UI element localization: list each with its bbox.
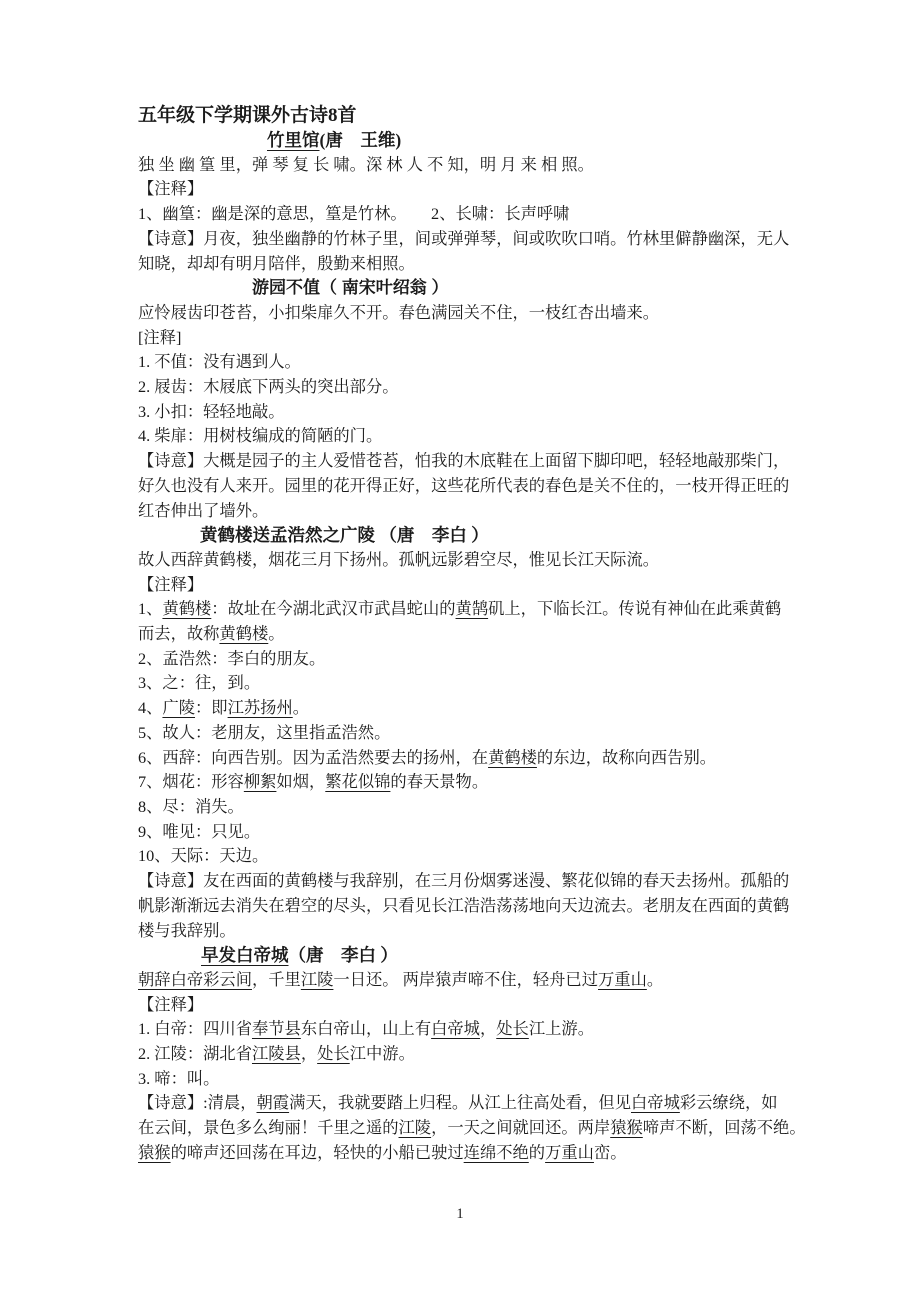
text-segment: 而去，故称 [138,624,219,643]
text-segment: 【诗意】月夜，独坐幽静的竹林子里，间或弹弹琴，间或吹吹口哨。竹林里僻静幽深，无人 [138,229,789,248]
text-segment: 3. 啼：叫。 [138,1069,219,1088]
text-segment: 一日还。 两岸猿声啼不住，轻舟已过 [333,970,598,989]
text-segment: 好久也没有人来开。园里的花开得正好，这些花所代表的春色是关不住的，一枝开得正旺的 [138,476,789,495]
note-item: 3. 啼：叫。 [138,1067,798,1092]
notes-label: [注释] [138,326,798,351]
text-segment: 啼声不断，回荡不绝。 [643,1118,806,1137]
poem-verse-line: 朝辞白帝彩云间，千里江陵一日还。 两岸猿声啼不住，轻舟已过万重山。 [138,968,798,993]
text-segment: 1. 不值：没有遇到人。 [138,352,301,371]
note-item: 2. 屐齿：木屐底下两头的突出部分。 [138,375,798,400]
text-segment: 9、唯见：只见。 [138,822,260,841]
meaning-line: 楼与我辞别。 [138,919,798,944]
underlined-text: 朝霞 [257,1093,290,1112]
underlined-text: 黄鹤楼 [488,748,537,767]
underlined-text: 江陵县 [252,1044,301,1063]
text-segment: 彩云缭绕，如 [680,1093,778,1112]
underlined-text: 奉节县 [252,1019,301,1038]
document-content: 五年级下学期课外古诗8首 竹里馆(唐 王维) 独 坐 幽 篁 里，弹 琴 复 长… [138,103,798,1166]
underlined-text: 黄鹄 [456,599,489,618]
text-segment: 的啼声还回荡在耳边，轻快的小船已驶过 [171,1143,464,1162]
text-segment: 2. 江陵：湖北省 [138,1044,252,1063]
section-zaofabaidicheng: 早发白帝城（唐 李白 ） 朝辞白帝彩云间，千里江陵一日还。 两岸猿声啼不住，轻舟… [138,943,798,1165]
text-segment: 在云间，景色多么绚丽！千里之遥的 [138,1118,399,1137]
text-segment: 的东边，故称向西告别。 [537,748,716,767]
text-segment: 5、故人：老朋友，这里指孟浩然。 [138,723,390,742]
text-segment: 故人西辞黄鹤楼，烟花三月下扬州。孤帆远影碧空尽，惟见长江天际流。 [138,550,659,569]
note-item: 1、幽篁：幽是深的意思，篁是竹林。 2、长啸：长声呼啸 [138,202,798,227]
underlined-text: 江陵 [399,1118,432,1137]
meaning-line: 【诗意】:清晨，朝霞满天，我就要踏上归程。从江上往高处看，但见白帝城彩云缭绕，如 [138,1091,798,1116]
note-item: 1. 不值：没有遇到人。 [138,350,798,375]
text-segment: 4、 [138,698,162,717]
poem-heading: 早发白帝城（唐 李白 ） [138,943,798,968]
text-segment: 【诗意】:清晨， [138,1093,257,1112]
underlined-text: 处长 [317,1044,350,1063]
note-item: 5、故人：老朋友，这里指孟浩然。 [138,721,798,746]
note-item: 4. 柴扉：用树枝编成的简陋的门。 [138,424,798,449]
underlined-text: 朝辞白帝彩云间 [138,970,252,989]
text-segment: 【诗意】友在西面的黄鹤楼与我辞别，在三月份烟雾迷漫、繁花似锦的春天去扬州。孤船的 [138,871,789,890]
text-segment: 【注释】 [138,179,203,198]
underlined-text: 竹里馆 [267,130,320,150]
text-segment: 黄鹤楼送孟浩然之广陵 （唐 李白 ） [200,525,489,545]
text-segment: 江上游。 [529,1019,594,1038]
poem-verse-line: 应怜屐齿印苍苔，小扣柴扉久不开。春色满园关不住，一枝红杏出墙来。 [138,301,798,326]
meaning-line: 【诗意】月夜，独坐幽静的竹林子里，间或弹弹琴，间或吹吹口哨。竹林里僻静幽深，无人 [138,227,798,252]
underlined-text: 江陵 [301,970,334,989]
text-segment: 独 坐 幽 篁 里，弹 琴 复 长 啸。深 林 人 不 知，明 月 来 相 照。 [138,155,594,174]
underlined-text: 繁花似锦 [325,772,390,791]
text-segment: 。 [647,970,663,989]
poem-heading: 黄鹤楼送孟浩然之广陵 （唐 李白 ） [138,523,798,548]
note-item: 2. 江陵：湖北省江陵县，处长江中游。 [138,1042,798,1067]
note-item: 10、天际：天边。 [138,844,798,869]
meaning-line: 在云间，景色多么绚丽！千里之遥的江陵，一天之间就回还。两岸猿猴啼声不断，回荡不绝… [138,1116,798,1141]
text-segment: 峦。 [594,1143,627,1162]
text-segment: 如烟， [276,772,325,791]
text-segment: 1、幽篁：幽是深的意思，篁是竹林。 2、长啸：长声呼啸 [138,204,569,223]
meaning-line: 【诗意】大概是园子的主人爱惜苍苔，怕我的木底鞋在上面留下脚印吧，轻轻地敲那柴门， [138,449,798,474]
text-segment: 。 [293,698,309,717]
text-segment: ， [480,1019,496,1038]
underlined-text: 柳絮 [244,772,277,791]
page-number: 1 [0,1204,920,1224]
text-segment: 应怜屐齿印苍苔，小扣柴扉久不开。春色满园关不住，一枝红杏出墙来。 [138,303,659,322]
text-segment: 6、西辞：向西告别。因为孟浩然要去的扬州，在 [138,748,488,767]
note-item: 3、之：往，到。 [138,671,798,696]
note-item: 1、黄鹤楼：故址在今湖北武汉市武昌蛇山的黄鹄矶上，下临长江。传说有神仙在此乘黄鹤 [138,597,798,622]
note-item: 6、西辞：向西告别。因为孟浩然要去的扬州，在黄鹤楼的东边，故称向西告别。 [138,746,798,771]
meaning-line: 红杏伸出了墙外。 [138,499,798,524]
underlined-text: 猿猴 [138,1143,171,1162]
text-segment: 的春天景物。 [390,772,488,791]
poem-heading: 竹里馆(唐 王维) [138,128,798,153]
underlined-text: 万重山 [545,1143,594,1162]
section-zhuliguan: 竹里馆(唐 王维) 独 坐 幽 篁 里，弹 琴 复 长 啸。深 林 人 不 知，… [138,128,798,276]
meaning-line: 帆影渐渐远去消失在碧空的尽头，只看见长江浩浩荡荡地向天边流去。老朋友在西面的黄鹤 [138,894,798,919]
poem-verse-line: 独 坐 幽 篁 里，弹 琴 复 长 啸。深 林 人 不 知，明 月 来 相 照。 [138,153,798,178]
text-segment: ：故址在今湖北武汉市武昌蛇山的 [211,599,455,618]
text-segment: 8、尽：消失。 [138,797,244,816]
underlined-text: 广陵 [162,698,195,717]
text-segment: 江中游。 [350,1044,415,1063]
text-segment: 4. 柴扉：用树枝编成的简陋的门。 [138,426,382,445]
underlined-text: 黄鹤楼 [162,599,211,618]
poem-heading: 游园不值（ 南宋叶绍翁 ） [138,276,798,301]
note-item: 8、尽：消失。 [138,795,798,820]
notes-label: 【注释】 [138,573,798,598]
section-youyuanbuzhi: 游园不值（ 南宋叶绍翁 ） 应怜屐齿印苍苔，小扣柴扉久不开。春色满园关不住，一枝… [138,276,798,523]
text-segment: 的 [529,1143,545,1162]
text-segment: （唐 李白 ） [289,945,398,965]
note-item: 1. 白帝：四川省奉节县东白帝山，山上有白帝城，处长江上游。 [138,1017,798,1042]
text-segment: 帆影渐渐远去消失在碧空的尽头，只看见长江浩浩荡荡地向天边流去。老朋友在西面的黄鹤 [138,896,789,915]
text-segment: 矶上，下临长江。传说有神仙在此乘黄鹤 [488,599,781,618]
meaning-line: 【诗意】友在西面的黄鹤楼与我辞别，在三月份烟雾迷漫、繁花似锦的春天去扬州。孤船的 [138,869,798,894]
text-segment: 10、天际：天边。 [138,846,268,865]
text-segment: 。 [268,624,284,643]
meaning-line: 好久也没有人来开。园里的花开得正好，这些花所代表的春色是关不住的，一枝开得正旺的 [138,474,798,499]
text-segment: 3、之：往，到。 [138,673,260,692]
section-huanghelou: 黄鹤楼送孟浩然之广陵 （唐 李白 ） 故人西辞黄鹤楼，烟花三月下扬州。孤帆远影碧… [138,523,798,943]
text-segment: ，千里 [252,970,301,989]
note-item: 4、广陵：即江苏扬州。 [138,696,798,721]
text-segment: 【注释】 [138,575,203,594]
poem-verse-line: 故人西辞黄鹤楼，烟花三月下扬州。孤帆远影碧空尽，惟见长江天际流。 [138,548,798,573]
note-item: 2、孟浩然：李白的朋友。 [138,647,798,672]
text-segment: ，一天之间就回还。两岸 [431,1118,610,1137]
underlined-text: 万重山 [598,970,647,989]
note-item: 3. 小扣：轻轻地敲。 [138,400,798,425]
text-segment: 1、 [138,599,162,618]
text-segment: 【注释】 [138,995,203,1014]
underlined-text: 猿猴 [610,1118,643,1137]
note-item: 7、烟花：形容柳絮如烟，繁花似锦的春天景物。 [138,770,798,795]
note-item: 而去，故称黄鹤楼。 [138,622,798,647]
underlined-text: 连绵不绝 [464,1143,529,1162]
meaning-line: 猿猴的啼声还回荡在耳边，轻快的小船已驶过连绵不绝的万重山峦。 [138,1141,798,1166]
text-segment: 3. 小扣：轻轻地敲。 [138,402,285,421]
text-segment: 2. 屐齿：木屐底下两头的突出部分。 [138,377,399,396]
underlined-text: 白帝城 [631,1093,680,1112]
underlined-text: 白帝城 [431,1019,480,1038]
text-segment: 红杏伸出了墙外。 [138,501,268,520]
notes-label: 【注释】 [138,993,798,1018]
note-item: 9、唯见：只见。 [138,820,798,845]
notes-label: 【注释】 [138,177,798,202]
text-segment: 知晓，却却有明月陪伴，殷勤来相照。 [138,254,415,273]
meaning-line: 知晓，却却有明月陪伴，殷勤来相照。 [138,252,798,277]
text-segment: [注释] [138,328,181,347]
text-segment: 7、烟花：形容 [138,772,244,791]
text-segment: 东白帝山，山上有 [301,1019,431,1038]
text-segment: 1. 白帝：四川省 [138,1019,252,1038]
text-segment: 【诗意】大概是园子的主人爱惜苍苔，怕我的木底鞋在上面留下脚印吧，轻轻地敲那柴门， [138,451,789,470]
underlined-text: 处长 [496,1019,529,1038]
text-segment: ：即 [195,698,228,717]
text-segment: 满天，我就要踏上归程。从江上往高处看，但见 [289,1093,631,1112]
text-segment: 2、孟浩然：李白的朋友。 [138,649,325,668]
text-segment: (唐 王维) [320,130,402,150]
document-title: 五年级下学期课外古诗8首 [138,103,798,128]
text-segment: 游园不值（ 南宋叶绍翁 ） [252,278,448,297]
text-segment: 楼与我辞别。 [138,921,236,940]
document-page: 五年级下学期课外古诗8首 竹里馆(唐 王维) 独 坐 幽 篁 里，弹 琴 复 长… [0,0,920,1302]
underlined-text: 早发白帝城 [201,945,289,965]
underlined-text: 江苏扬州 [228,698,293,717]
underlined-text: 黄鹤楼 [219,624,268,643]
text-segment: ， [301,1044,317,1063]
